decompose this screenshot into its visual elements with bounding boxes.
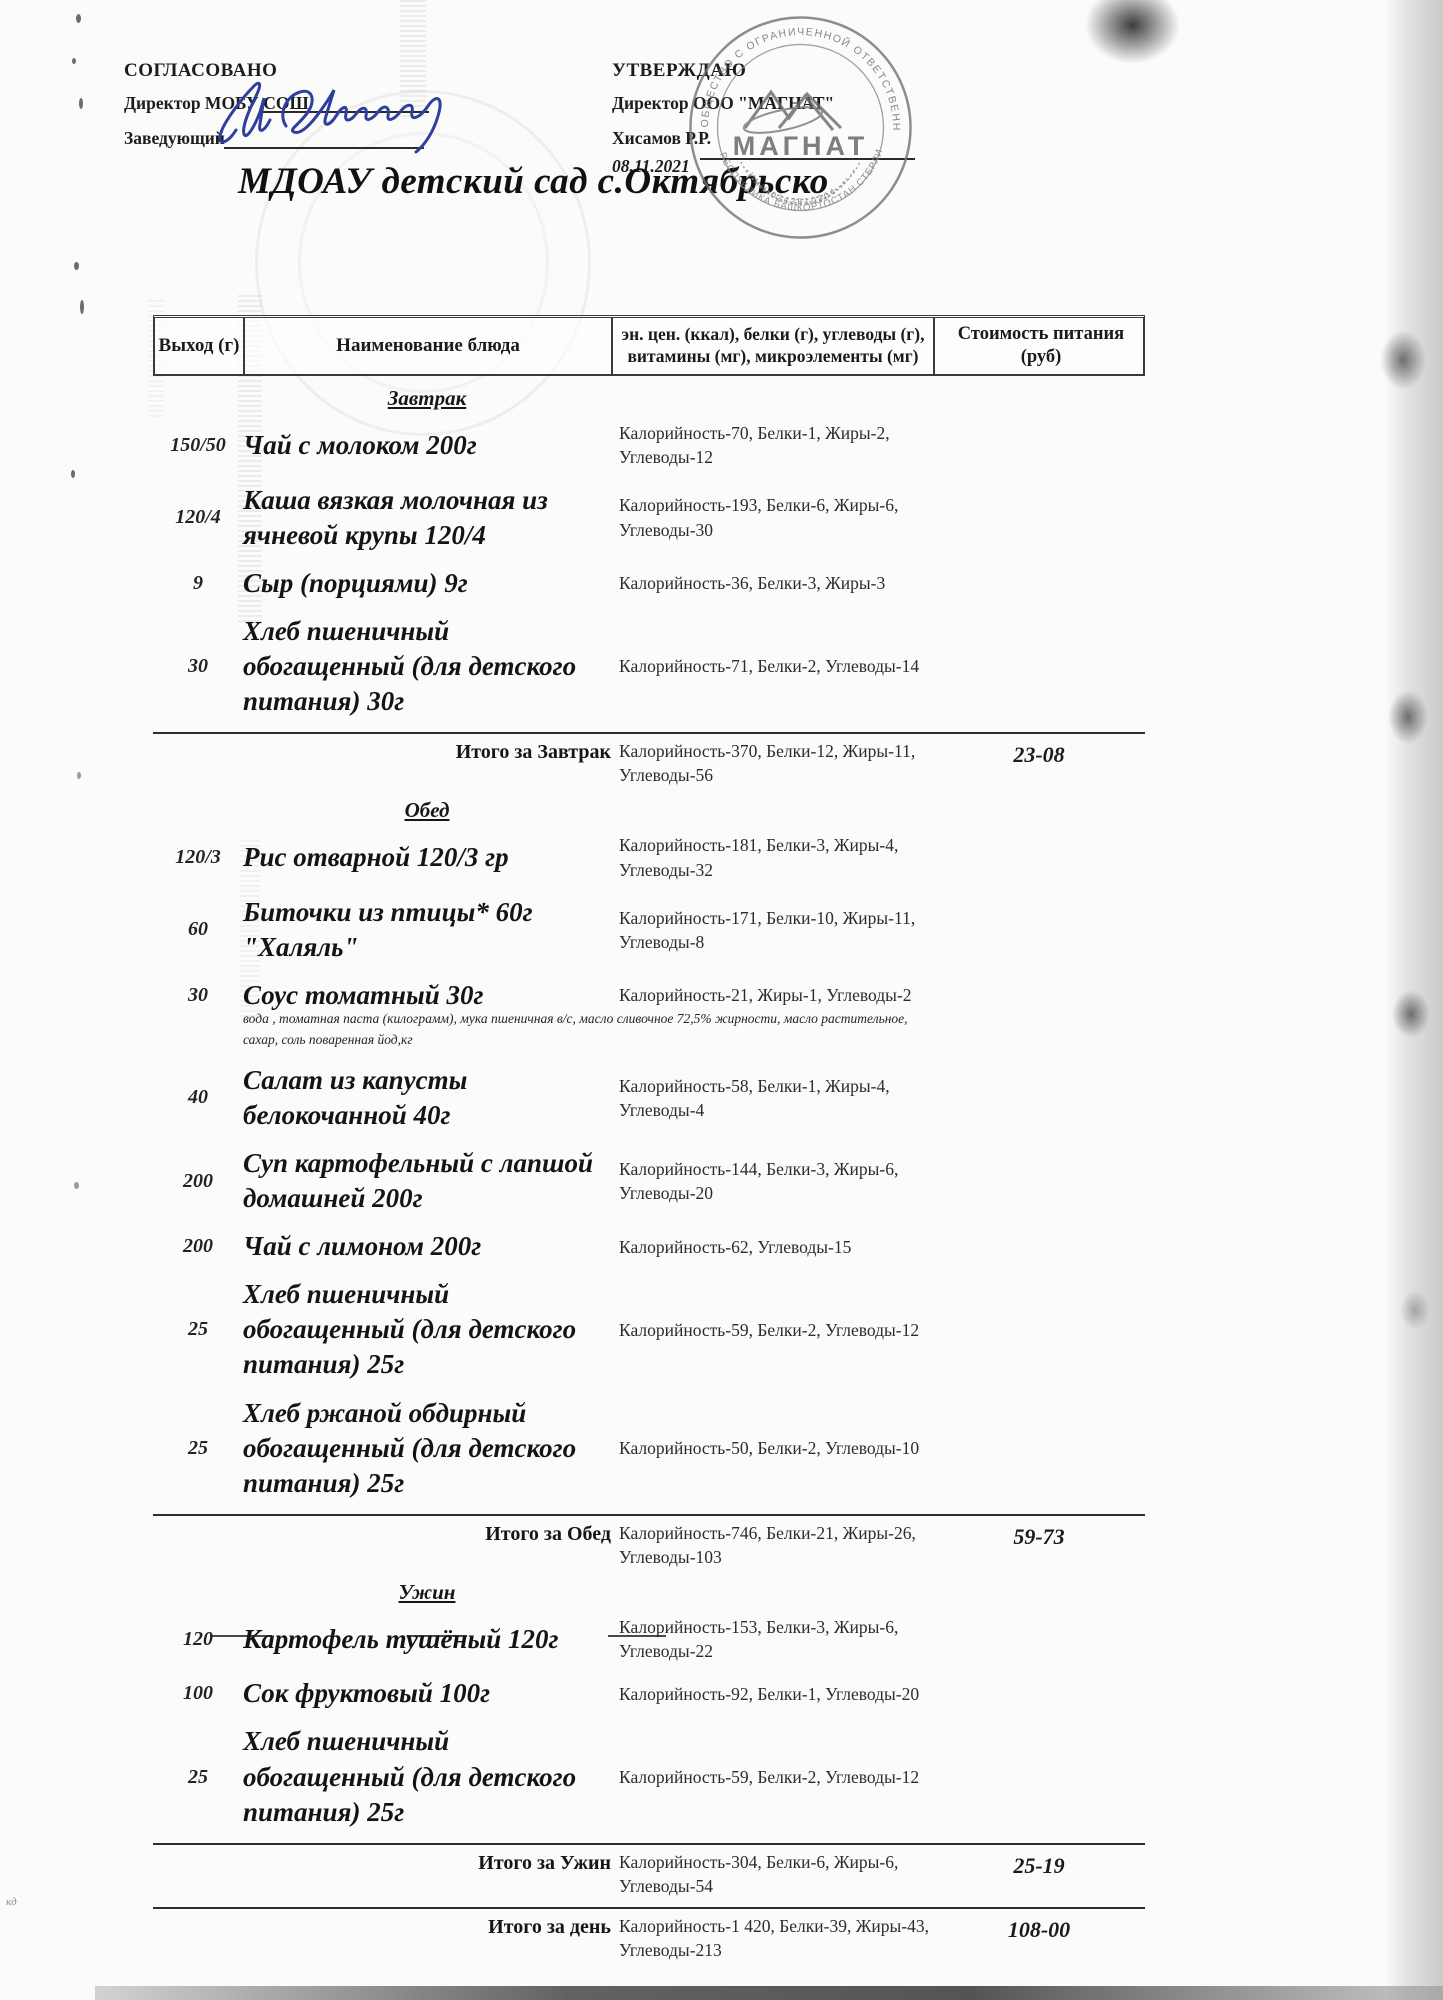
scan-artifact-right-streak (1385, 0, 1443, 2000)
row-nutrition: Калорийность-50, Белки-2, Углеводы-10 (611, 1436, 933, 1460)
row-output: 100 (153, 1682, 243, 1705)
table-row: 25 Хлеб пшеничный обогащенный (для детск… (153, 1724, 1145, 1829)
scanned-document-page: кд СОГЛАСОВАНО Директор МОБУ СОШ Заведую… (0, 0, 1443, 2000)
row-dish: Чай с лимоном 200г (243, 1229, 611, 1264)
row-dish: Рис отварной 120/3 гр (243, 840, 611, 875)
row-nutrition: Калорийность-62, Углеводы-15 (611, 1235, 933, 1259)
table-row: 100 Сок фруктовый 100г Калорийность-92, … (153, 1676, 1145, 1711)
table-row: 40 Салат из капусты белокочанной 40г Кал… (153, 1063, 1145, 1133)
row-dish: Биточки из птицы* 60г "Халяль" (243, 895, 611, 965)
row-dish: Сок фруктовый 100г (243, 1676, 611, 1711)
table-row: 150/50 Чай с молоком 200г Калорийность-7… (153, 421, 1145, 469)
handwritten-signature (208, 68, 458, 163)
row-output: 40 (153, 1086, 243, 1109)
day-total-cost: 108-00 (933, 1914, 1145, 1943)
col-header-dish: Наименование блюда (245, 318, 613, 374)
row-nutrition: Калорийность-181, Белки-3, Жиры-4, Углев… (611, 833, 933, 881)
row-nutrition: Калорийность-71, Белки-2, Углеводы-14 (611, 654, 933, 678)
row-dish: Каша вязкая молочная из ячневой крупы 12… (243, 483, 611, 553)
table-row: 120 Картофель тушёный 120г Калорийность-… (153, 1615, 1145, 1663)
scan-artifact (77, 772, 81, 779)
row-nutrition: Калорийность-59, Белки-2, Углеводы-12 (611, 1318, 933, 1342)
ingredient-note-row: вода , томатная паста (килограмм), мука … (153, 1009, 1145, 1051)
row-dish: Хлеб ржаной обдирный обогащенный (для де… (243, 1396, 611, 1501)
menu-table: Выход (г) Наименование блюда эн. цен. (к… (153, 315, 1145, 1971)
section-total-row: Итого за Ужин Калорийность-304, Белки-6,… (153, 1843, 1145, 1898)
col-header-nutrition: эн. цен. (ккал), белки (г), углеводы (г)… (613, 318, 935, 374)
row-dish: Хлеб пшеничный обогащенный (для детского… (243, 1277, 611, 1382)
scan-artifact (72, 58, 76, 64)
col-header-output: Выход (г) (155, 318, 245, 374)
company-round-stamp: ОБЩЕСТВО С ОГРАНИЧЕННОЙ ОТВЕТСТВЕННОСТЬЮ… (683, 10, 918, 245)
table-row: 25 Хлеб ржаной обдирный обогащенный (для… (153, 1396, 1145, 1501)
row-dish: Салат из капусты белокочанной 40г (243, 1063, 611, 1133)
scan-edge-mark: кд (6, 1896, 17, 1908)
scan-artifact (74, 262, 79, 270)
row-output: 30 (153, 984, 243, 1007)
section-header-row: Завтрак (153, 384, 1145, 415)
row-dish: Картофель тушёный 120г (243, 1622, 611, 1657)
section-title-dinner: Ужин (243, 1580, 611, 1605)
row-output: 60 (153, 918, 243, 941)
row-nutrition: Калорийность-193, Белки-6, Жиры-6, Углев… (611, 493, 933, 541)
row-nutrition: Калорийность-70, Белки-1, Жиры-2, Углево… (611, 421, 933, 469)
row-nutrition: Калорийность-21, Жиры-1, Углеводы-2 (611, 983, 933, 1007)
section-header-row: Ужин (153, 1578, 1145, 1609)
row-output: 25 (153, 1437, 243, 1460)
scan-artifact (1400, 1290, 1430, 1330)
table-row: 60 Биточки из птицы* 60г "Халяль" Калори… (153, 895, 1145, 965)
total-nutrition: Калорийность-304, Белки-6, Жиры-6, Углев… (611, 1850, 933, 1898)
total-cost: 59-73 (933, 1521, 1145, 1550)
table-row: 120/3 Рис отварной 120/3 гр Калорийность… (153, 833, 1145, 881)
table-body: Завтрак 150/50 Чай с молоком 200г Калори… (153, 384, 1145, 1962)
scan-artifact (1388, 690, 1428, 744)
day-total-label: Итого за день (153, 1914, 611, 1939)
total-nutrition: Калорийность-370, Белки-12, Жиры-11, Угл… (611, 739, 933, 787)
table-row: 25 Хлеб пшеничный обогащенный (для детск… (153, 1277, 1145, 1382)
row-nutrition: Калорийность-59, Белки-2, Углеводы-12 (611, 1765, 933, 1789)
row-dish: Хлеб пшеничный обогащенный (для детского… (243, 1724, 611, 1829)
scan-artifact (79, 98, 83, 109)
table-row: 200 Суп картофельный с лапшой домашней 2… (153, 1146, 1145, 1216)
total-cost: 23-08 (933, 739, 1145, 768)
section-total-row: Итого за Обед Калорийность-746, Белки-21… (153, 1514, 1145, 1569)
total-cost: 25-19 (933, 1850, 1145, 1879)
section-header-row: Обед (153, 796, 1145, 827)
row-output: 120/3 (153, 846, 243, 869)
day-total-row: Итого за день Калорийность-1 420, Белки-… (153, 1907, 1145, 1962)
ingredient-note: вода , томатная паста (килограмм), мука … (243, 1009, 983, 1051)
total-label: Итого за Ужин (153, 1850, 611, 1875)
scan-artifact (76, 14, 81, 23)
row-output: 25 (153, 1766, 243, 1789)
row-nutrition: Калорийность-58, Белки-1, Жиры-4, Углево… (611, 1074, 933, 1122)
row-nutrition: Калорийность-153, Белки-3, Жиры-6, Углев… (611, 1615, 933, 1663)
day-total-nutrition: Калорийность-1 420, Белки-39, Жиры-43, У… (611, 1914, 933, 1962)
row-nutrition: Калорийность-144, Белки-3, Жиры-6, Углев… (611, 1157, 933, 1205)
scan-artifact-bottom-strip (95, 1986, 1443, 2000)
stamp-brand-text: МАГНАТ (733, 131, 868, 161)
row-dish: Соус томатный 30г (243, 978, 611, 1013)
table-row: 200 Чай с лимоном 200г Калорийность-62, … (153, 1229, 1145, 1264)
row-nutrition: Калорийность-36, Белки-3, Жиры-3 (611, 571, 933, 595)
row-nutrition: Калорийность-171, Белки-10, Жиры-11, Угл… (611, 906, 933, 954)
row-output: 30 (153, 655, 243, 678)
scan-artifact (1392, 990, 1430, 1038)
row-dish: Чай с молоком 200г (243, 428, 611, 463)
table-row: 30 Хлеб пшеничный обогащенный (для детск… (153, 614, 1145, 719)
section-title-breakfast: Завтрак (243, 386, 611, 411)
col-header-cost: Стоимость питания (руб) (935, 318, 1147, 374)
row-output: 120 (153, 1628, 243, 1651)
row-output: 200 (153, 1235, 243, 1258)
row-dish: Сыр (порциями) 9г (243, 566, 611, 601)
row-dish: Хлеб пшеничный обогащенный (для детского… (243, 614, 611, 719)
scan-artifact (71, 470, 75, 478)
row-dish: Суп картофельный с лапшой домашней 200г (243, 1146, 611, 1216)
row-output: 25 (153, 1318, 243, 1341)
section-title-lunch: Обед (243, 798, 611, 823)
row-output: 120/4 (153, 506, 243, 529)
table-header-row: Выход (г) Наименование блюда эн. цен. (к… (153, 315, 1145, 376)
section-total-row: Итого за Завтрак Калорийность-370, Белки… (153, 732, 1145, 787)
total-label: Итого за Обед (153, 1521, 611, 1546)
total-label: Итого за Завтрак (153, 739, 611, 764)
row-nutrition: Калорийность-92, Белки-1, Углеводы-20 (611, 1682, 933, 1706)
scan-artifact-top-right-blob (1085, 0, 1180, 64)
table-row: 9 Сыр (порциями) 9г Калорийность-36, Бел… (153, 566, 1145, 601)
row-output: 9 (153, 572, 243, 595)
scan-artifact (80, 300, 84, 314)
row-output: 150/50 (153, 434, 243, 457)
scan-artifact (74, 1182, 79, 1189)
table-row: 120/4 Каша вязкая молочная из ячневой кр… (153, 483, 1145, 553)
table-row: 30 Соус томатный 30г Калорийность-21, Жи… (153, 978, 1145, 1013)
scan-artifact (1380, 330, 1426, 390)
total-nutrition: Калорийность-746, Белки-21, Жиры-26, Угл… (611, 1521, 933, 1569)
row-output: 200 (153, 1170, 243, 1193)
